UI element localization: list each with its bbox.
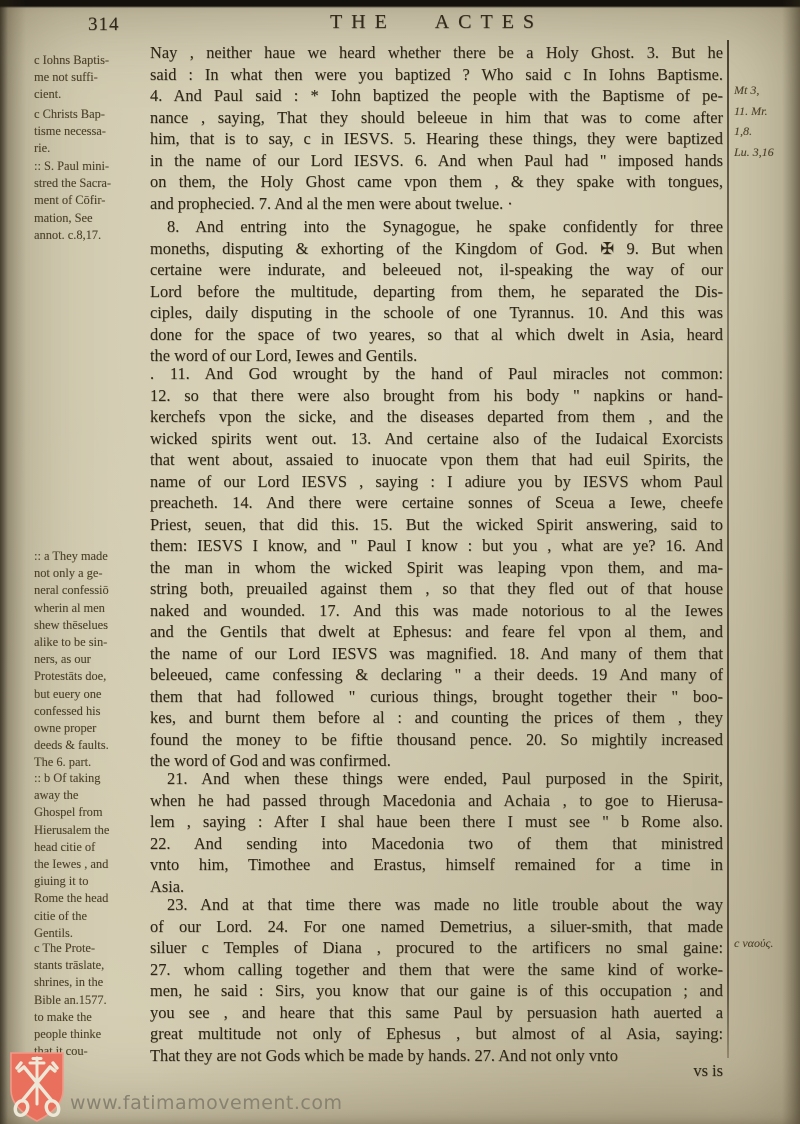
text-line: stants trāslate, [34, 957, 148, 974]
body-paragraph-verses-8-10: 8. And entring into the Synagogue, he sp… [150, 216, 723, 367]
text-line: in the name of our Lord IESVS. 6. And wh… [150, 150, 723, 172]
text-line: 8. And entring into the Synagogue, he sp… [150, 216, 723, 238]
text-line: :: a They made [34, 548, 148, 565]
text-line: cient. [34, 86, 148, 103]
text-line: 11. Mr. [734, 101, 796, 122]
text-line: Priest, seuen, that did this. 15. But th… [150, 514, 723, 536]
text-line: Protestāts doe, [34, 668, 148, 685]
papal-keys-shield-logo [8, 1050, 66, 1124]
watermark-url: www.fatimamovement.com [70, 1092, 343, 1114]
text-line: tisme necessa- [34, 123, 148, 140]
margin-note-left-6: c The Prote-stants trāslate,shrines, in … [34, 940, 148, 1060]
text-line: kes, and burnt them before al : and coun… [150, 707, 723, 729]
text-line: c The Prote- [34, 940, 148, 957]
text-line: Bible an.1577. [34, 992, 148, 1009]
text-line: found the money to be fiftie thousand pe… [150, 729, 723, 751]
text-line: me not suffi- [34, 69, 148, 86]
text-line: when he had passed through Macedonia and… [150, 790, 723, 812]
text-line: Nay , neither haue we heard whether ther… [150, 42, 723, 64]
page-number: 314 [88, 14, 120, 36]
body-paragraph-verses-23-27: 23. And at that time there was made no l… [150, 894, 723, 1066]
text-line: stred the Sacra- [34, 175, 148, 192]
text-line: c Christs Bap- [34, 106, 148, 123]
text-line: citie of the [34, 908, 148, 925]
text-line: and prophecied. 7. And al the men were a… [150, 193, 723, 215]
text-line: :: S. Paul mini- [34, 158, 148, 175]
text-line: rie. [34, 140, 148, 157]
text-line: . 11. And God wrought by the hand of Pau… [150, 363, 723, 385]
body-paragraph-verses-3-7: Nay , neither haue we heard whether ther… [150, 42, 723, 214]
text-line: you see , and heare that this same Paul … [150, 1002, 723, 1024]
text-line: ners, as our [34, 651, 148, 668]
text-line: of our Lord. 24. For one named Demetrius… [150, 916, 723, 938]
text-line: ment of Cōfir- [34, 192, 148, 209]
body-paragraph-verses-11-20: . 11. And God wrought by the hand of Pau… [150, 363, 723, 772]
text-line: vnto him, Timothee and Erastus, himself … [150, 854, 723, 876]
text-line: owne proper [34, 720, 148, 737]
text-line: mation, See [34, 210, 148, 227]
text-line: shrines, in the [34, 974, 148, 991]
text-line: name of our Lord IESVS , saying : I adiu… [150, 471, 723, 493]
margin-note-left-2: c Christs Bap-tisme necessa-rie. [34, 106, 148, 158]
body-paragraph-verses-21-22: 21. And when these things were ended, Pa… [150, 768, 723, 897]
text-line: naked and wounded. 17. And this was made… [150, 600, 723, 622]
text-line: 27. whom calling together and them that … [150, 959, 723, 981]
text-line: 21. And when these things were ended, Pa… [150, 768, 723, 790]
text-line: moneths, disputing & exhorting of the Ki… [150, 238, 723, 260]
scan-edge-right [782, 0, 800, 1124]
text-line: annot. c.8,17. [34, 227, 148, 244]
text-line: the Iewes , and [34, 856, 148, 873]
text-line: men, he said : Sirs, you know that our g… [150, 980, 723, 1002]
text-line: Ghospel from [34, 804, 148, 821]
scan-edge-top [0, 0, 800, 8]
catchword: vs is [150, 1061, 723, 1081]
scanned-bible-page: 314 THE ACTES c Iohns Baptis-me not suff… [0, 0, 800, 1124]
text-line: away the [34, 787, 148, 804]
text-line: lem , saying : After I shal haue been th… [150, 811, 723, 833]
text-line: beleeued, came confessing & declaring " … [150, 664, 723, 686]
text-line: c Iohns Baptis- [34, 52, 148, 69]
text-line: Lu. 3,16 [734, 142, 796, 163]
text-line: Lord before the multitude, departing fro… [150, 281, 723, 303]
text-line: the name of our Lord IESVS was magnified… [150, 643, 723, 665]
text-line: to make the [34, 1009, 148, 1026]
text-line: people thinke [34, 1026, 148, 1043]
text-line: Rome the head [34, 890, 148, 907]
text-line: alike to be sin- [34, 634, 148, 651]
text-line: ciples, daily disputing in the schoole o… [150, 302, 723, 324]
text-line: on them, the Holy Ghost came vpon them ,… [150, 171, 723, 193]
text-line: him, that is to say, c in IESVS. 5. Hear… [150, 128, 723, 150]
text-line: 23. And at that time there was made no l… [150, 894, 723, 916]
text-line: preacheth. 14. And there were certaine s… [150, 492, 723, 514]
page-title: THE ACTES [150, 11, 723, 34]
margin-note-left-1: c Iohns Baptis-me not suffi-cient. [34, 52, 148, 104]
text-line: 22. And sending into Macedonia two of th… [150, 833, 723, 855]
margin-note-right-greek: c ναούς. [734, 933, 796, 954]
text-line: done for the space of two yeares, so tha… [150, 324, 723, 346]
text-line: 12. so that there were also brought from… [150, 385, 723, 407]
text-line: c ναούς. [734, 933, 796, 954]
text-line: them that had followed " curious things,… [150, 686, 723, 708]
margin-note-left-5: :: b Of takingaway theGhospel fromHierus… [34, 770, 148, 942]
text-line: confessed his [34, 703, 148, 720]
text-line: siluer c Temples of Diana , procured to … [150, 937, 723, 959]
text-line: the man in whom the wicked Spirit was le… [150, 557, 723, 579]
text-line: and the Gentils that dwelt at Ephesus: a… [150, 621, 723, 643]
text-line: great multitude not only of Ephesus , bu… [150, 1023, 723, 1045]
text-line: but euery one [34, 686, 148, 703]
text-line: neral confessiō [34, 582, 148, 599]
text-line: deeds & faults. [34, 737, 148, 754]
text-line: wicked spirits went out. 13. And certain… [150, 428, 723, 450]
margin-note-right-citations: Mt 3,11. Mr.1,8.Lu. 3,16 [734, 80, 796, 162]
text-line: 1,8. [734, 121, 796, 142]
margin-note-left-3: :: S. Paul mini-stred the Sacra-ment of … [34, 158, 148, 244]
text-line: said : In what then were you baptized ? … [150, 64, 723, 86]
text-line: kerchefs vpon the sicke, and the disease… [150, 406, 723, 428]
text-line: not only a ge- [34, 565, 148, 582]
scan-edge-left [0, 0, 26, 1124]
text-line: nance , saying, That they should beleeue… [150, 107, 723, 129]
text-line: wherin al men [34, 600, 148, 617]
text-line: string both, preuailed against them , so… [150, 578, 723, 600]
text-line: Mt 3, [734, 80, 796, 101]
text-line: them: IESVS I know, and " Paul I know : … [150, 535, 723, 557]
text-line: certaine were indurate, and beleeued not… [150, 259, 723, 281]
text-line: :: b Of taking [34, 770, 148, 787]
column-rule [727, 40, 729, 1058]
text-line: that went about, assaied to inuocate vpo… [150, 449, 723, 471]
text-line: Hierusalem the [34, 822, 148, 839]
text-line: giuing it to [34, 873, 148, 890]
margin-note-left-4: :: a They madenot only a ge-neral confes… [34, 548, 148, 772]
shield-icon [8, 1050, 66, 1124]
text-line: shew thēselues [34, 617, 148, 634]
text-line: 4. And Paul said : * Iohn baptized the p… [150, 85, 723, 107]
text-line: head citie of [34, 839, 148, 856]
